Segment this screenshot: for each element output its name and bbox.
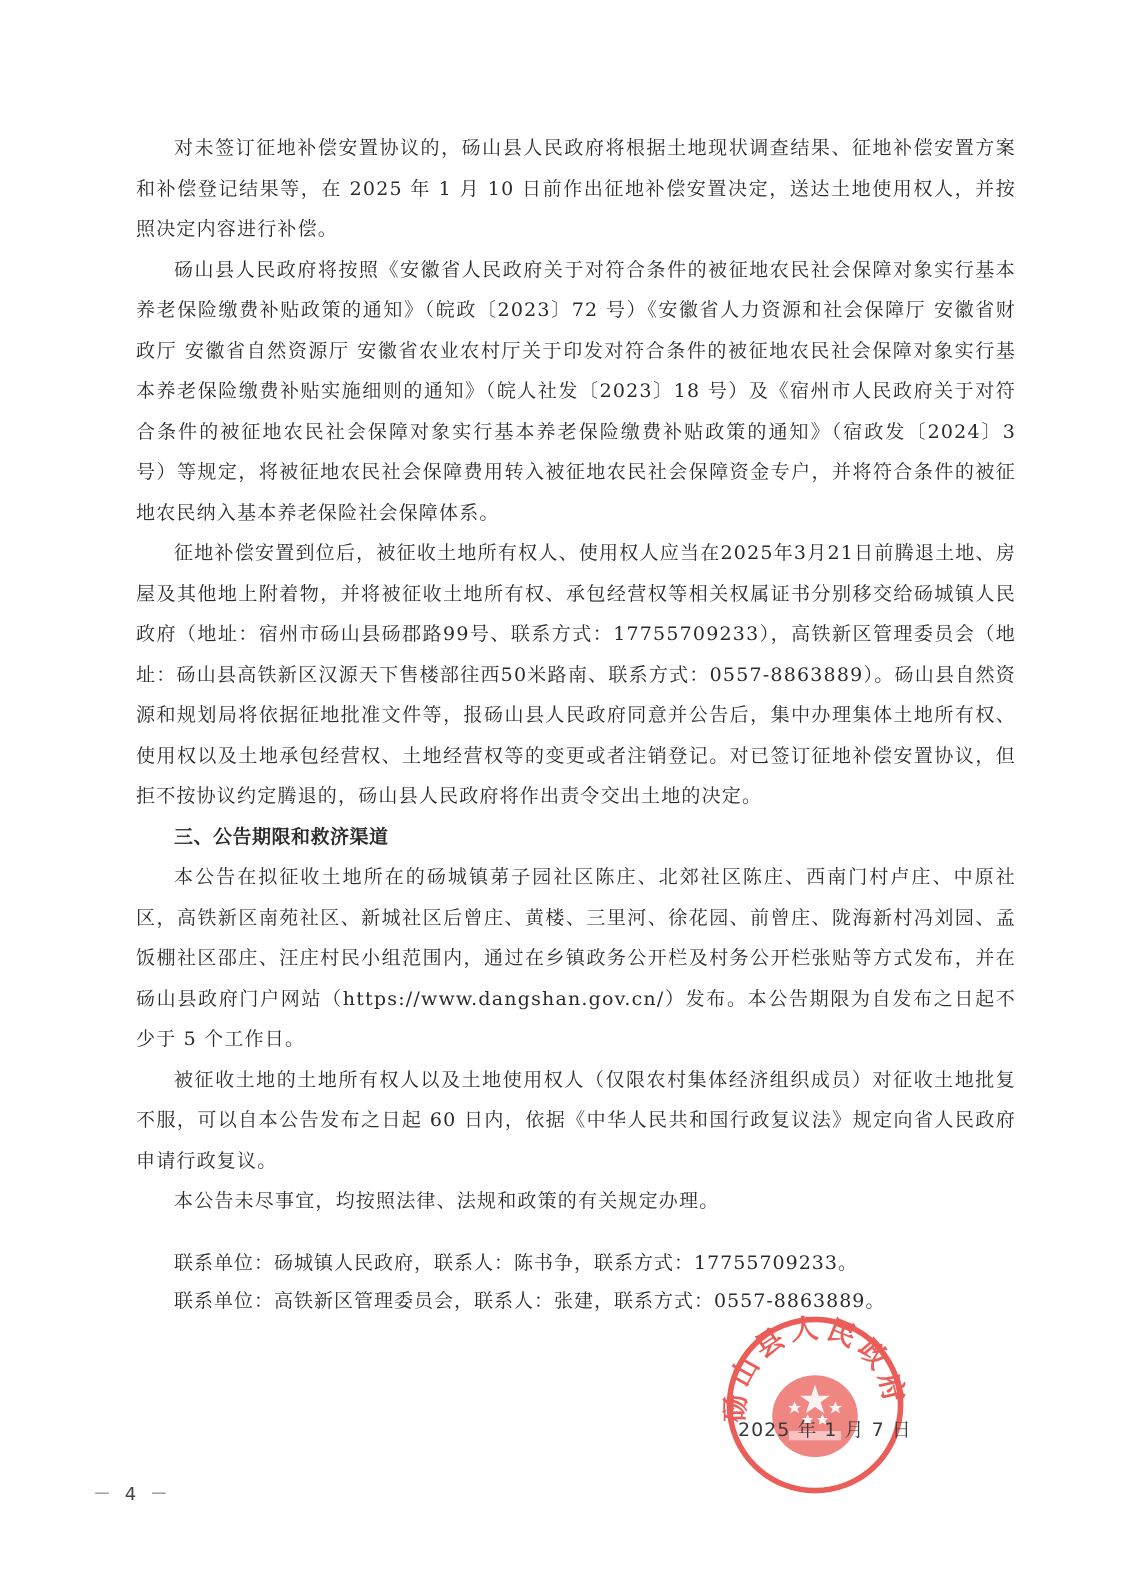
paragraph-social-security: 砀山县人民政府将按照《安徽省人民政府关于对符合条件的被征地农民社会保障对象实行基… xyxy=(136,250,1016,534)
official-seal-icon: 砀山县人民政府 xyxy=(722,1312,908,1498)
document-page: 对未签订征地补偿安置协议的，砀山县人民政府将根据土地现状调查结果、征地补偿安置方… xyxy=(0,0,1122,1587)
paragraph-notice-scope: 本公告在拟征收土地所在的砀城镇苐子园社区陈庄、北郊社区陈庄、西南门村卢庄、中原社… xyxy=(136,857,1016,1060)
paragraph-land-vacating: 征地补偿安置到位后，被征收土地所有权人、使用权人应当在2025年3月21日前腾退… xyxy=(136,533,1016,817)
section-heading: 三、公告期限和救济渠道 xyxy=(136,817,1016,858)
spacer xyxy=(136,1222,1016,1244)
document-body: 对未签订征地补偿安置协议的，砀山县人民政府将根据土地现状调查结果、征地补偿安置方… xyxy=(136,128,1016,1320)
page-number: － 4 － xyxy=(93,1480,172,1506)
contact-line-town-government: 联系单位：砀城镇人民政府，联系人：陈书争，联系方式：17755709233。 xyxy=(136,1244,1016,1282)
paragraph-other-matters: 本公告未尽事宜，均按照法律、法规和政策的有关规定办理。 xyxy=(136,1181,1016,1222)
issue-date: 2025 年 1 月 7 日 xyxy=(738,1415,912,1442)
paragraph-administrative-review: 被征收土地的土地所有权人以及土地使用权人（仅限农村集体经济组织成员）对征收土地批… xyxy=(136,1060,1016,1182)
paragraph-compensation-decision: 对未签订征地补偿安置协议的，砀山县人民政府将根据土地现状调查结果、征地补偿安置方… xyxy=(136,128,1016,250)
